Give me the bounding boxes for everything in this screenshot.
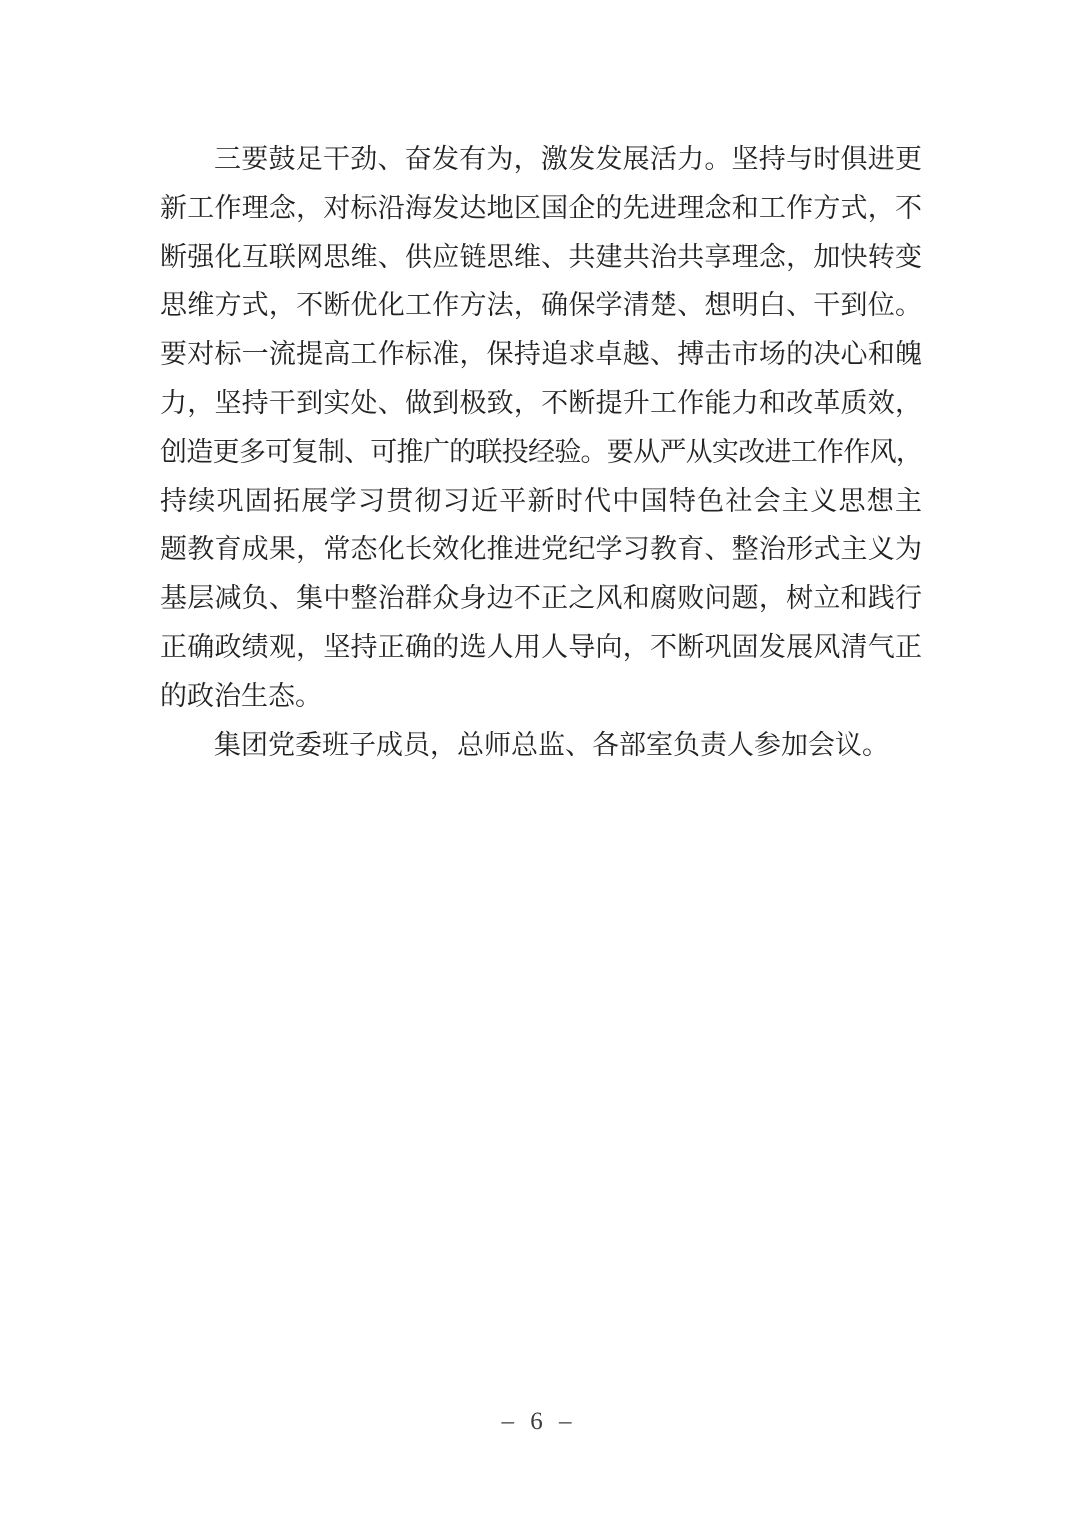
paragraph-1-line-12: 的政治生态。 [160,672,922,721]
paragraph-1-line-3: 断强化互联网思维、供应链思维、共建共治共享理念，加快转变 [160,233,922,282]
paragraph-1-line-6: 力，坚持干到实处、做到极致，不断提升工作能力和改革质效， [160,379,922,428]
paragraph-2-line-1: 集团党委班子成员，总师总监、各部室负责人参加会议。 [160,721,922,770]
paragraph-1-line-7: 创造更多可复制、可推广的联投经验。要从严从实改进工作作风， [160,428,922,477]
document-page: 三要鼓足干劲、奋发有为，激发发展活力。坚持与时俱进更 新工作理念，对标沿海发达地… [0,0,1074,1520]
document-body: 三要鼓足干劲、奋发有为，激发发展活力。坚持与时俱进更 新工作理念，对标沿海发达地… [160,135,922,769]
paragraph-1-line-5: 要对标一流提高工作标准，保持追求卓越、搏击市场的决心和魄 [160,330,922,379]
paragraph-1-line-8: 持续巩固拓展学习贯彻习近平新时代中国特色社会主义思想主 [160,477,922,526]
paragraph-1-line-9: 题教育成果，常态化长效化推进党纪学习教育、整治形式主义为 [160,525,922,574]
page-number: – 6 – [0,1408,1074,1436]
paragraph-1-line-10: 基层减负、集中整治群众身边不正之风和腐败问题，树立和践行 [160,574,922,623]
paragraph-1-line-1: 三要鼓足干劲、奋发有为，激发发展活力。坚持与时俱进更 [160,135,922,184]
paragraph-1-line-2: 新工作理念，对标沿海发达地区国企的先进理念和工作方式，不 [160,184,922,233]
paragraph-1-line-4: 思维方式，不断优化工作方法，确保学清楚、想明白、干到位。 [160,281,922,330]
paragraph-1-line-11: 正确政绩观，坚持正确的选人用人导向，不断巩固发展风清气正 [160,623,922,672]
